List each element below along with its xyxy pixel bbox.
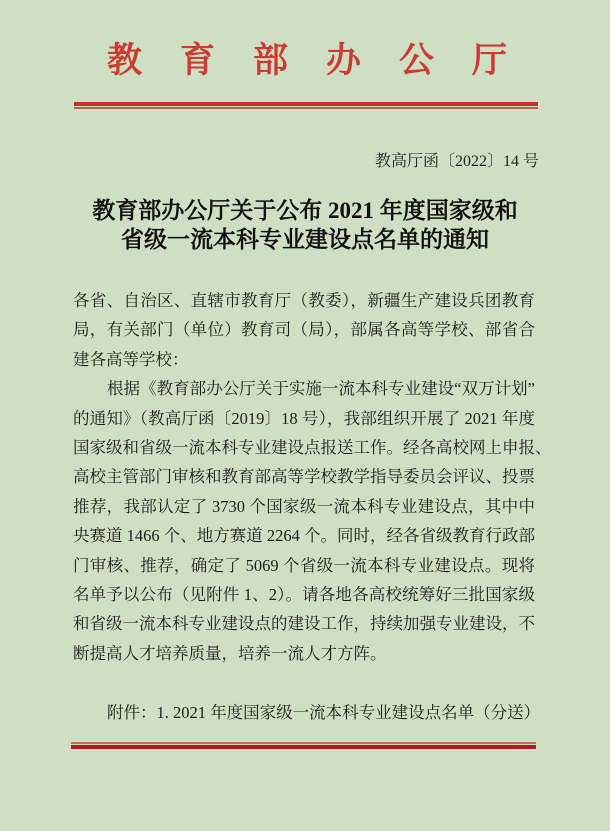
body-paragraph: 根据《教育部办公厅关于实施一流本科专业建设“双万计划” 的通知》（教高厅函〔20… bbox=[73, 374, 535, 668]
title-line: 教育部办公厅关于公布 2021 年度国家级和 bbox=[0, 196, 610, 225]
salutation-line: 局，有关部门（单位）教育司（局），部属各高等学校、部省合 bbox=[73, 315, 535, 344]
body-line: 的通知》（教高厅函〔2019〕18 号），我部组织开展了 2021 年度 bbox=[73, 404, 535, 433]
body-line: 推荐，我部认定了 3730 个国家级一流本科专业建设点，其中中 bbox=[73, 492, 535, 521]
body-line: 断提高人才培养质量，培养一流人才方阵。 bbox=[73, 639, 535, 668]
document-page: 教育部办公厅 教高厅函〔2022〕14 号 教育部办公厅关于公布 2021 年度… bbox=[0, 0, 610, 831]
body-line: 门审核、推荐，确定了 5069 个省级一流本科专业建设点。现将 bbox=[73, 551, 535, 580]
body-line: 根据《教育部办公厅关于实施一流本科专业建设“双万计划” bbox=[73, 374, 535, 403]
body-line: 高校主管部门审核和教育部高等学校教学指导委员会评议、投票 bbox=[73, 462, 535, 491]
document-number: 教高厅函〔2022〕14 号 bbox=[375, 152, 539, 172]
header-rule-thick bbox=[74, 102, 538, 106]
document-title: 教育部办公厅关于公布 2021 年度国家级和 省级一流本科专业建设点名单的通知 bbox=[0, 196, 610, 254]
document-body: 各省、自治区、直辖市教育厅（教委），新疆生产建设兵团教育 局，有关部门（单位）教… bbox=[73, 286, 535, 668]
attachment-note: 附件：1. 2021 年度国家级一流本科专业建设点名单（分送） bbox=[107, 698, 540, 727]
salutation-line: 各省、自治区、直辖市教育厅（教委），新疆生产建设兵团教育 bbox=[73, 286, 535, 315]
footer-rule-thin bbox=[71, 742, 536, 744]
body-line: 国家级和省级一流本科专业建设点报送工作。经各高校网上申报、 bbox=[73, 433, 535, 462]
header-rule-thin bbox=[74, 107, 538, 109]
footer-rule-thick bbox=[71, 745, 536, 749]
issuer-header: 教育部办公厅 bbox=[107, 41, 507, 81]
body-line: 央赛道 1466 个、地方赛道 2264 个。同时，经各省级教育行政部 bbox=[73, 521, 535, 550]
body-line: 名单予以公布（见附件 1、2）。请各地各高校统筹好三批国家级 bbox=[73, 580, 535, 609]
title-line: 省级一流本科专业建设点名单的通知 bbox=[0, 225, 610, 254]
salutation: 各省、自治区、直辖市教育厅（教委），新疆生产建设兵团教育 局，有关部门（单位）教… bbox=[73, 286, 535, 374]
salutation-line: 建各高等学校： bbox=[73, 345, 535, 374]
body-line: 和省级一流本科专业建设点的建设工作，持续加强专业建设，不 bbox=[73, 609, 535, 638]
